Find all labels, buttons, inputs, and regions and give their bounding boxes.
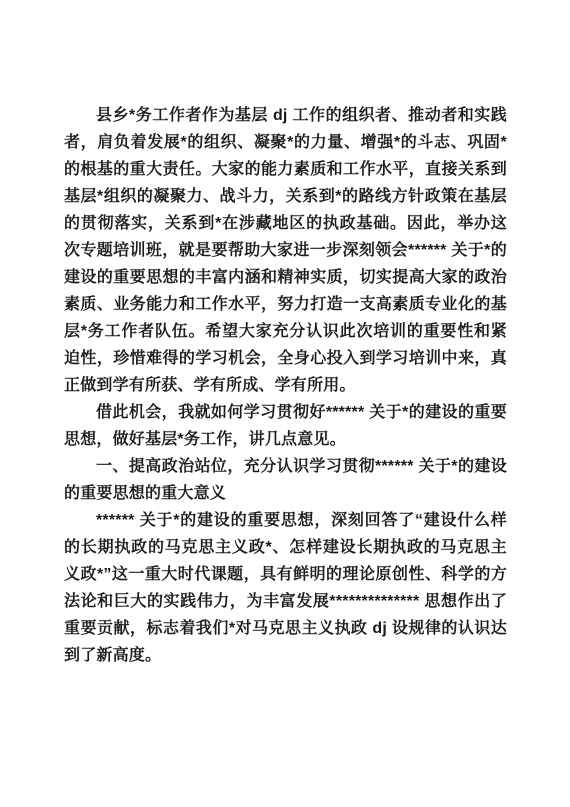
paragraph-section-1-body: ****** 关于*的建设的重要思想，深刻回答了“建设什么样的长期执政的马克思主…: [64, 507, 507, 669]
paragraph-transition: 借此机会，我就如何学习贯彻好****** 关于*的建设的重要思想，做好基层*务工…: [64, 399, 507, 453]
section-heading-1: 一、提高政治站位，充分认识学习贯彻****** 关于*的建设的重要思想的重大意义: [64, 453, 507, 507]
paragraph-intro: 县乡*务工作者作为基层 dj 工作的组织者、推动者和实践者，肩负着发展*的组织、…: [64, 102, 507, 399]
document-body: 县乡*务工作者作为基层 dj 工作的组织者、推动者和实践者，肩负着发展*的组织、…: [64, 102, 507, 669]
document-page: 县乡*务工作者作为基层 dj 工作的组织者、推动者和实践者，肩负着发展*的组织、…: [0, 0, 570, 807]
